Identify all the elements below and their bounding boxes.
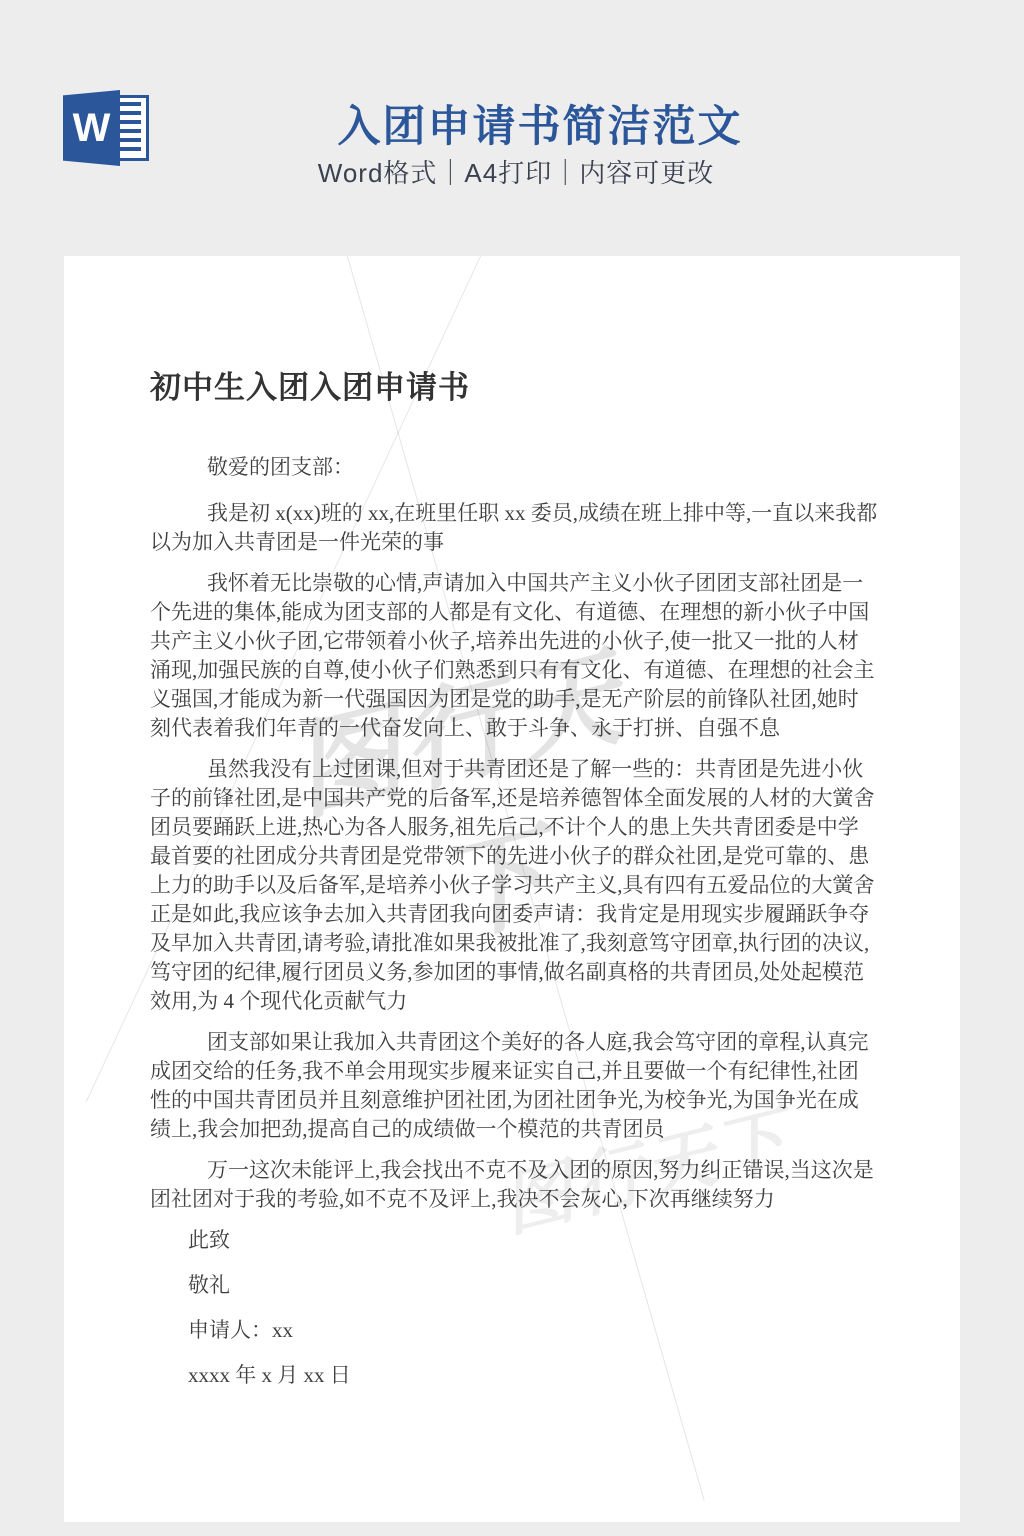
- template-title: 入团申请书简洁范文: [0, 93, 1024, 154]
- letter-closing: 此致敬礼申请人：xxxxxx 年 x 月 xx 日: [150, 1226, 878, 1390]
- template-header: W 入团申请书简洁范文 Word格式｜A4打印｜内容可更改: [0, 0, 1024, 256]
- letter-paragraph: 我怀着无比崇敬的心情,声请加入中国共产主义小伙子团团支部社团是一个先进的集体,能…: [150, 569, 878, 743]
- template-subtitle: Word格式｜A4打印｜内容可更改: [0, 153, 1024, 190]
- letter-closing-line: 此致: [150, 1226, 878, 1255]
- letter-closing-line: 申请人：xx: [150, 1316, 878, 1345]
- letter-paragraph: 我是初 x(xx)班的 xx,在班里任职 xx 委员,成绩在班上排中等,一直以来…: [150, 499, 878, 557]
- page-background: { "header": { "title": "入团申请书简洁范文", "sub…: [0, 0, 1024, 1536]
- letter-paragraph: 万一这次未能评上,我会找出不克不及入团的原因,努力纠正错误,当这次是团社团对于我…: [150, 1156, 878, 1214]
- letter-paragraph: 虽然我没有上过团课,但对于共青团还是了解一些的：共青团是先进小伙子的前锋社团,是…: [150, 755, 878, 1016]
- letter-closing-line: xxxx 年 x 月 xx 日: [150, 1361, 878, 1390]
- letter-greeting: 敬爱的团支部：: [150, 453, 878, 482]
- document-page: 图行天下 图行天下 初中生入团入团申请书 敬爱的团支部： 我是初 x(xx)班的…: [64, 256, 960, 1522]
- document-title: 初中生入团入团申请书: [150, 362, 878, 407]
- letter-closing-line: 敬礼: [150, 1271, 878, 1300]
- letter-body: 敬爱的团支部： 我是初 x(xx)班的 xx,在班里任职 xx 委员,成绩在班上…: [150, 453, 878, 1390]
- letter-paragraph: 团支部如果让我加入共青团这个美好的各人庭,我会笃守团的章程,认真完成团交给的任务…: [150, 1028, 878, 1144]
- letter-paragraphs: 我是初 x(xx)班的 xx,在班里任职 xx 委员,成绩在班上排中等,一直以来…: [150, 499, 878, 1214]
- document-content: 初中生入团入团申请书 敬爱的团支部： 我是初 x(xx)班的 xx,在班里任职 …: [64, 256, 960, 1390]
